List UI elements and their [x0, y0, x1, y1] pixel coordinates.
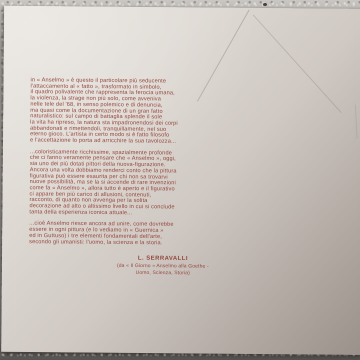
photo-scene: in « Anselmo » è questo il particolare p… — [0, 0, 360, 360]
liner-notes-text: in « Anselmo » è questo il particolare p… — [29, 77, 316, 277]
review-source-citation: (da « Il Giorno » Anselmo alla Goethe - … — [29, 261, 297, 277]
signature-block: L. SERRAVALLI (da « Il Giorno » Anselmo … — [29, 254, 297, 277]
review-paragraph-1: in « Anselmo » è questo il particolare p… — [30, 77, 316, 146]
album-back-cover: in « Anselmo » è questo il particolare p… — [1, 6, 360, 355]
review-paragraph-2: ...coloristicamente ricchissime, spazial… — [29, 149, 315, 218]
crease-line-faint — [355, 105, 357, 139]
review-paragraph-3: ...cioè Anselmo riesce ancora ad unire, … — [29, 220, 314, 247]
debris-speck — [263, 3, 267, 6]
